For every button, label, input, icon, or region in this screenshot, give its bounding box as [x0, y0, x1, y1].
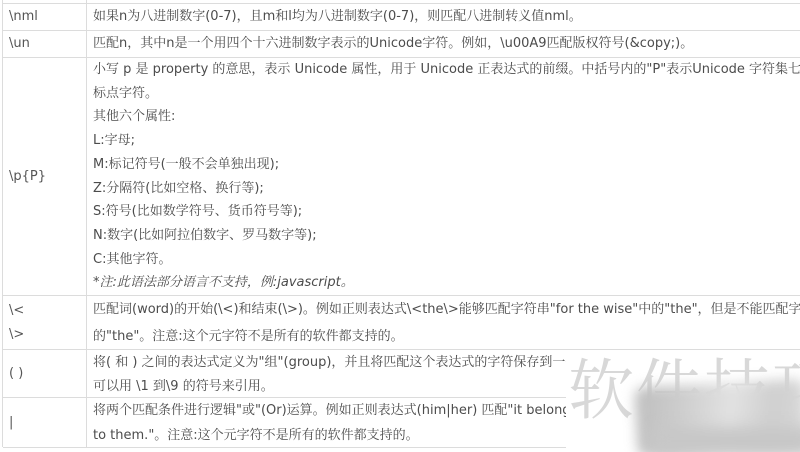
regex-token-cell: \un — [3, 31, 86, 57]
description-line: L:字母; — [93, 129, 800, 153]
table-column-divider — [86, 0, 87, 447]
regex-token: | — [9, 411, 86, 435]
regex-token: \nml — [9, 5, 86, 29]
description-line: Z:分隔符(比如空格、换行等); — [93, 177, 800, 201]
regex-token: \p{P} — [9, 165, 86, 189]
regex-token-cell: ( ) — [3, 350, 86, 397]
blur-smudge — [652, 427, 800, 452]
description-line: M:标记符号(一般不会单独出现); — [93, 153, 800, 177]
regex-reference-page: \nml 如果n为八进制数字(0-7)，且m和l均为八进制数字(0-7)，则匹配… — [0, 0, 800, 452]
description-line: S:符号(比如数学符号、货币符号等); — [93, 200, 800, 224]
regex-description-cell: 小写 p 是 property 的意思，表示 Unicode 属性，用于 Uni… — [86, 58, 800, 295]
description-line: C:其他字符。 — [93, 248, 800, 272]
regex-token-cell: \< \> — [3, 296, 86, 349]
table-row: \< \> 匹配词(word)的开始(\<)和结束(\>)。例如正则表达式\<t… — [3, 296, 800, 350]
regex-token-cell: \p{P} — [3, 58, 86, 295]
regex-token-cell: | — [3, 398, 86, 447]
description-line: 如果n为八进制数字(0-7)，且m和l均为八进制数字(0-7)，则匹配八进制转义… — [93, 4, 800, 30]
description-line: 标点字符。 — [93, 82, 800, 106]
table-row: \un 匹配n，其中n是一个用四个十六进制数字表示的Unicode字符。例如，\… — [3, 31, 800, 58]
regex-token: \un — [9, 32, 86, 56]
description-line: 匹配词(word)的开始(\<)和结束(\>)。例如正则表达式\<the\>能够… — [93, 296, 800, 323]
description-line: 小写 p 是 property 的意思，表示 Unicode 属性，用于 Uni… — [93, 58, 800, 82]
regex-token: ( ) — [9, 362, 86, 386]
table-row: \nml 如果n为八进制数字(0-7)，且m和l均为八进制数字(0-7)，则匹配… — [3, 4, 800, 31]
description-line: 匹配n，其中n是一个用四个十六进制数字表示的Unicode字符。例如，\u00A… — [93, 31, 800, 57]
description-line: N:数字(比如阿拉伯数字、罗马数字等); — [93, 224, 800, 248]
regex-token: \< — [9, 299, 86, 323]
regex-description-cell: 如果n为八进制数字(0-7)，且m和l均为八进制数字(0-7)，则匹配八进制转义… — [86, 4, 800, 30]
description-note-line: *注:此语法部分语言不支持，例:javascript。 — [93, 271, 800, 295]
regex-description-cell: 匹配n，其中n是一个用四个十六进制数字表示的Unicode字符。例如，\u00A… — [86, 31, 800, 57]
regex-description-cell: 匹配词(word)的开始(\<)和结束(\>)。例如正则表达式\<the\>能够… — [86, 296, 800, 349]
table-left-border — [2, 0, 3, 447]
table-row: \p{P} 小写 p 是 property 的意思，表示 Unicode 属性，… — [3, 58, 800, 296]
regex-token: \> — [9, 323, 86, 347]
description-line: 其他六个属性: — [93, 105, 800, 129]
description-line: 的"the"。注意:这个元字符不是所有的软件都支持的。 — [93, 323, 800, 350]
regex-token-cell: \nml — [3, 4, 86, 30]
